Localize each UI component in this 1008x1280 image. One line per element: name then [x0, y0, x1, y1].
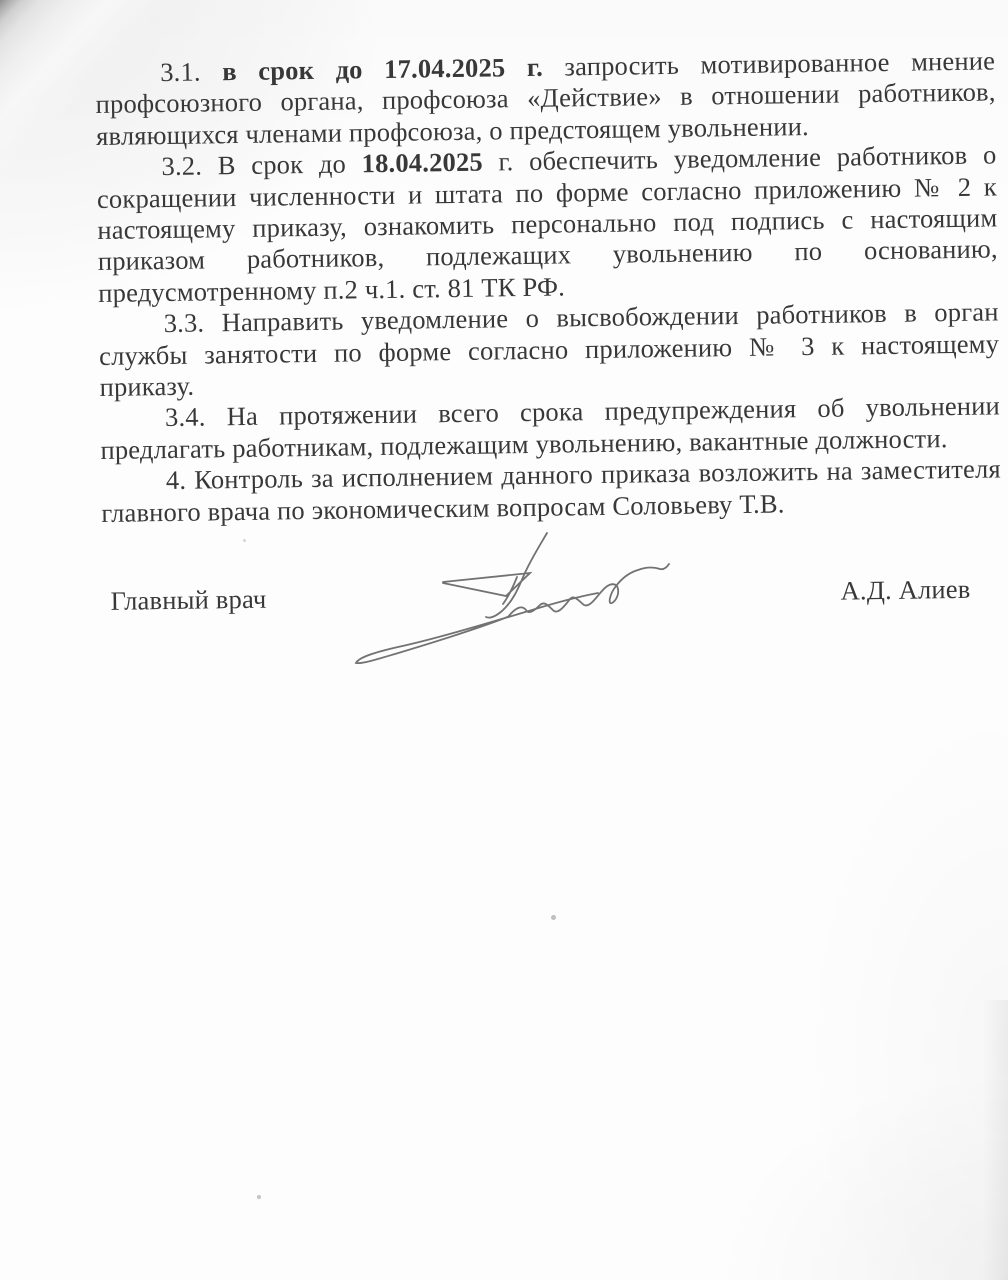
- signer-title: Главный врач: [102, 584, 266, 618]
- scan-speck: [551, 915, 556, 920]
- text-segment: приказу.: [99, 371, 194, 402]
- signer-name: А.Д. Алиев: [840, 574, 970, 607]
- signature-row: Главный врач А.Д. Алиев: [102, 573, 1002, 617]
- text-segment: 3.1.: [160, 57, 201, 88]
- text-segment: запросить мотивированное мнение: [564, 45, 995, 81]
- bold-text-segment: 18.04.2025: [361, 147, 483, 179]
- bold-text-segment: в срок до 17.04.2025 г.: [222, 52, 543, 86]
- text-segment: 3.2. В срок до: [161, 149, 346, 182]
- text-segment: предусмотренному п.2 ч.1. ст. 81 ТК РФ.: [98, 271, 565, 308]
- scanned-document-page: { "meta": { "kind": "scanned order page"…: [0, 0, 1008, 1280]
- scan-speck: [243, 539, 246, 542]
- scan-speck: [257, 1195, 261, 1199]
- document-text: 3.1. в срок до 17.04.2025 г. запросить м…: [95, 45, 1003, 617]
- right-edge-shadow: [982, 1000, 1008, 1280]
- text-segment: г. обеспечить уведомление работников о: [498, 140, 996, 177]
